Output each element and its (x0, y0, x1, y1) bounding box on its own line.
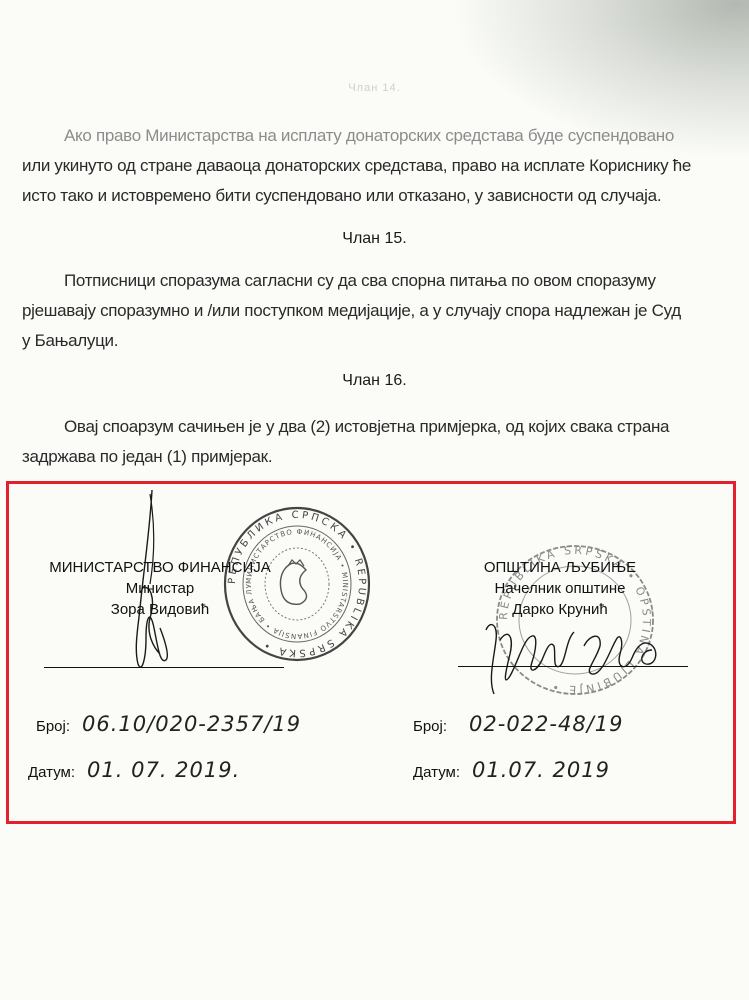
paragraph-line: Овај споарзум сачињен је у два (2) истов… (22, 412, 749, 442)
left-number-field: Број:06.10/020-2357/19 (36, 712, 301, 736)
left-name: Зора Видовић (30, 599, 290, 620)
paragraph-line: Потписници споразума сагласни су да сва … (22, 266, 749, 296)
faint-article-heading: Члан 14. (0, 82, 749, 94)
article-16-title: Члан 16. (0, 372, 749, 390)
paragraph-line: задржава по један (1) примјерак. (22, 442, 749, 472)
paragraph-line: рјешавају споразумно и /или поступком ме… (22, 296, 749, 326)
document-page: Члан 14. Ако право Министарства на испла… (0, 0, 749, 1000)
paragraph-article-16: Овај споарзум сачињен је у два (2) истов… (22, 412, 749, 472)
left-signatory-block: МИНИСТАРСТВО ФИНАНСИЈА Министар Зора Вид… (30, 557, 290, 620)
right-role: Начелник општине (440, 578, 680, 599)
right-number-value: 02-022-48/19 (469, 712, 623, 736)
paragraph-article-14: Ако право Министарства на исплату донато… (22, 121, 749, 211)
right-date-label: Датум: (413, 764, 460, 781)
left-number-label: Број: (36, 718, 70, 735)
left-institution: МИНИСТАРСТВО ФИНАНСИЈА (30, 557, 290, 578)
right-signature-line (458, 666, 688, 667)
left-date-value: 01. 07. 2019. (87, 758, 240, 782)
paragraph-article-15: Потписници споразума сагласни су да сва … (22, 266, 749, 356)
right-date-field: Датум:01.07. 2019 (413, 758, 610, 782)
left-signature-line (44, 667, 284, 668)
paragraph-line: у Бањалуци. (22, 326, 749, 356)
left-date-field: Датум:01. 07. 2019. (28, 758, 240, 782)
left-role: Министар (30, 578, 290, 599)
paragraph-line: исто тако и истовремено бити суспендован… (22, 181, 749, 211)
right-date-value: 01.07. 2019 (472, 758, 610, 782)
right-institution: ОПШТИНА ЉУБИЊЕ (440, 557, 680, 578)
paragraph-line: Ако право Министарства на исплату донато… (22, 121, 749, 151)
right-number-field: Број:02-022-48/19 (413, 712, 624, 736)
left-date-label: Датум: (28, 764, 75, 781)
mayor-signature-icon (480, 610, 680, 700)
paragraph-line: или укинуто од стране даваоца донаторски… (22, 151, 749, 181)
left-number-value: 06.10/020-2357/19 (82, 712, 301, 736)
right-number-label: Број: (413, 718, 447, 735)
article-15-title: Члан 15. (0, 230, 749, 248)
